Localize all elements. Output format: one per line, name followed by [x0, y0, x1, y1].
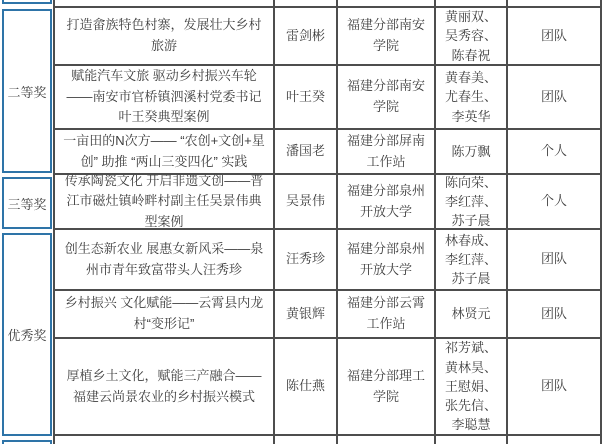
cell-team-members[interactable]: 陈万飘: [434, 130, 506, 175]
cell-lead-name[interactable]: 陈仕燕: [273, 339, 336, 436]
award-cell-fragment-bottom: [2, 440, 52, 444]
clipped-row-cell: [336, 436, 434, 444]
cell-entry-type[interactable]: 团队: [506, 66, 602, 130]
clipped-row-cell: [53, 436, 273, 444]
cell-organization[interactable]: 福建分部理工学院: [336, 339, 434, 436]
cell-case-title[interactable]: 一亩田的N次方—— “农创+文创+星创” 助推 “两山三变四化” 实践: [53, 130, 273, 175]
organization-text: 福建分部云霄工作站: [344, 293, 428, 335]
clipped-row-cell: [434, 436, 506, 444]
cell-lead-name[interactable]: 潘国老: [273, 130, 336, 175]
cell-entry-type[interactable]: 团队: [506, 8, 602, 66]
award-cell-excellence-prize[interactable]: 优秀奖: [2, 233, 52, 436]
cell-entry-type[interactable]: 团队: [506, 339, 602, 436]
cell-team-members[interactable]: 陈向荣、 李红萍、 苏子晨: [434, 175, 506, 230]
cell-team-members[interactable]: 黄丽双、 吴秀容、 陈春祝: [434, 8, 506, 66]
cell-case-title[interactable]: 赋能汽车文旅 驱动乡村振兴车轮——南安市官桥镇泗溪村党委书记叶王癸典型案例: [53, 66, 273, 130]
organization-text: 福建分部泉州开放大学: [344, 181, 428, 223]
cell-organization[interactable]: 福建分部泉州开放大学: [336, 175, 434, 230]
lead-name-text: 汪秀珍: [286, 249, 325, 270]
team-members-text: 黄春美、 尤春生、 李英华: [445, 68, 497, 126]
lead-name-text: 吴景伟: [286, 191, 325, 212]
cell-case-title[interactable]: 乡村振兴 文化赋能——云霄县内龙村“变形记”: [53, 291, 273, 339]
team-members-text: 陈向荣、 李红萍、 苏子晨: [445, 175, 497, 230]
lead-name-text: 黄银辉: [286, 304, 325, 325]
cell-case-title[interactable]: 传承陶瓷文化 开启非遗文创——晋江市磁灶镇岭畔村副主任吴景伟典型案例: [53, 175, 273, 230]
cell-lead-name[interactable]: 黄银辉: [273, 291, 336, 339]
case-title-text: 打造畲族特色村寨，发展壮大乡村旅游: [61, 15, 267, 56]
cell-lead-name[interactable]: 雷剑彬: [273, 8, 336, 66]
cell-organization[interactable]: 福建分部云霄工作站: [336, 291, 434, 339]
cell-organization[interactable]: 福建分部南安学院: [336, 66, 434, 130]
entry-type-text: 团队: [541, 87, 567, 108]
cell-team-members[interactable]: 林春成、 李红萍、 苏子晨: [434, 230, 506, 291]
organization-text: 福建分部南安学院: [344, 76, 428, 118]
entry-type-text: 团队: [541, 376, 567, 397]
lead-name-text: 雷剑彬: [286, 26, 325, 47]
award-label: 三等奖: [7, 194, 46, 213]
team-members-text: 黄丽双、 吴秀容、 陈春祝: [445, 8, 497, 65]
cell-team-members[interactable]: 祁芳斌、 黄林昊、 王慰娟、 张先信、 李聪慧: [434, 339, 506, 436]
organization-text: 福建分部屏南工作站: [344, 131, 428, 173]
cell-case-title[interactable]: 打造畲族特色村寨，发展壮大乡村旅游: [53, 8, 273, 66]
cell-lead-name[interactable]: 吴景伟: [273, 175, 336, 230]
team-members-text: 祁芳斌、 黄林昊、 王慰娟、 张先信、 李聪慧: [445, 339, 497, 435]
cell-lead-name[interactable]: 叶王癸: [273, 66, 336, 130]
clipped-row-cell: [273, 0, 336, 8]
cell-organization[interactable]: 福建分部泉州开放大学: [336, 230, 434, 291]
case-title-text: 创生态新农业 展惠女新风采——泉州市青年致富带头人汪秀珍: [61, 239, 267, 280]
entry-type-text: 团队: [541, 304, 567, 325]
cell-team-members[interactable]: 林贤元: [434, 291, 506, 339]
award-label: 二等奖: [7, 82, 46, 101]
clipped-row-cell: [336, 0, 434, 8]
award-cell-third-prize[interactable]: 三等奖: [2, 177, 52, 229]
team-members-text: 林春成、 李红萍、 苏子晨: [445, 231, 497, 289]
organization-text: 福建分部理工学院: [344, 366, 428, 408]
cell-entry-type[interactable]: 个人: [506, 175, 602, 230]
award-label: 优秀奖: [7, 325, 46, 344]
cell-organization[interactable]: 福建分部屏南工作站: [336, 130, 434, 175]
team-members-text: 林贤元: [451, 304, 490, 323]
lead-name-text: 陈仕燕: [286, 376, 325, 397]
case-title-text: 厚植乡土文化，赋能三产融合——福建云尚景农业的乡村振兴模式: [61, 366, 267, 407]
document-award-table: 二等奖 三等奖 优秀奖 打造畲族特色村寨，发展壮大乡村旅游 雷剑彬 福建分部南安…: [0, 0, 606, 444]
cell-organization[interactable]: 福建分部南安学院: [336, 8, 434, 66]
entry-type-text: 团队: [541, 26, 567, 47]
clipped-row-cell: [506, 0, 602, 8]
case-title-text: 传承陶瓷文化 开启非遗文创——晋江市磁灶镇岭畔村副主任吴景伟典型案例: [61, 175, 267, 230]
organization-text: 福建分部泉州开放大学: [344, 239, 428, 281]
award-cell-fragment-top: [2, 0, 52, 4]
cell-case-title[interactable]: 厚植乡土文化，赋能三产融合——福建云尚景农业的乡村振兴模式: [53, 339, 273, 436]
clipped-row-cell: [53, 0, 273, 8]
case-title-text: 赋能汽车文旅 驱动乡村振兴车轮——南安市官桥镇泗溪村党委书记叶王癸典型案例: [61, 66, 267, 128]
entry-type-text: 个人: [541, 191, 567, 212]
cell-entry-type[interactable]: 个人: [506, 130, 602, 175]
award-cell-second-prize[interactable]: 二等奖: [2, 9, 52, 173]
case-title-text: 乡村振兴 文化赋能——云霄县内龙村“变形记”: [61, 293, 267, 334]
table-grid: 打造畲族特色村寨，发展壮大乡村旅游 雷剑彬 福建分部南安学院 黄丽双、 吴秀容、…: [53, 0, 602, 444]
cell-entry-type[interactable]: 团队: [506, 291, 602, 339]
lead-name-text: 叶王癸: [286, 87, 325, 108]
clipped-row-cell: [273, 436, 336, 444]
entry-type-text: 团队: [541, 249, 567, 270]
clipped-row-cell: [506, 436, 602, 444]
cell-lead-name[interactable]: 汪秀珍: [273, 230, 336, 291]
entry-type-text: 个人: [541, 141, 567, 162]
organization-text: 福建分部南安学院: [344, 15, 428, 57]
case-title-text: 一亩田的N次方—— “农创+文创+星创” 助推 “两山三变四化” 实践: [61, 131, 267, 172]
lead-name-text: 潘国老: [286, 141, 325, 162]
cell-team-members[interactable]: 黄春美、 尤春生、 李英华: [434, 66, 506, 130]
cell-case-title[interactable]: 创生态新农业 展惠女新风采——泉州市青年致富带头人汪秀珍: [53, 230, 273, 291]
cell-entry-type[interactable]: 团队: [506, 230, 602, 291]
team-members-text: 陈万飘: [451, 142, 490, 161]
clipped-row-cell: [434, 0, 506, 8]
